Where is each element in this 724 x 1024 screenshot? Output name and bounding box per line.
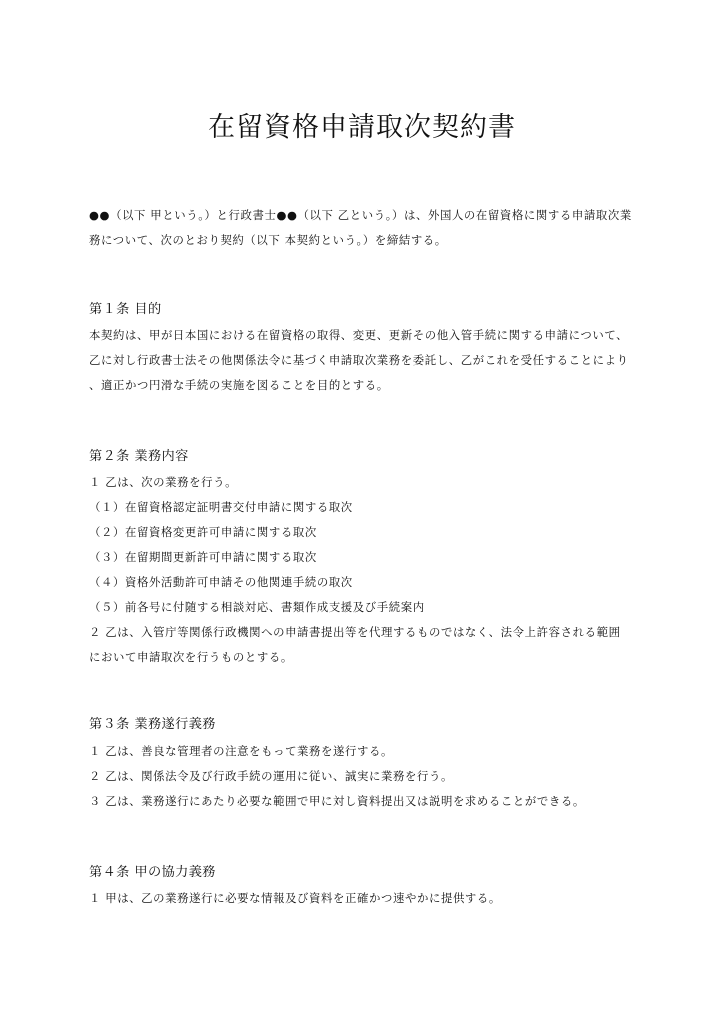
article-3-line: １ 乙は、善良な管理者の注意をもって業務を遂行する。 [89,743,393,759]
article-2-line: １ 乙は、次の業務を行う。 [89,474,237,490]
article-3-heading: 第３条 業務遂行義務 [89,716,216,734]
article-1-line: 、適正かつ円滑な手続の実施を図ることを目的とする。 [89,377,389,393]
article-2-line: において申請取次を行うものとする。 [89,649,293,665]
article-2-line: （５）前各号に付随する相談対応、書類作成支援及び手続案内 [89,599,425,615]
preamble-line: 務について、次のとおり契約（以下 本契約という。）を締結する。 [89,232,447,248]
preamble-line: ●●（以下 甲という。）と行政書士●●（以下 乙という。）は、外国人の在留資格に… [89,207,632,223]
article-2-line: （４）資格外活動許可申請その他関連手続の取次 [89,574,353,590]
article-4-heading: 第４条 甲の協力義務 [89,864,216,882]
article-2-line: ２ 乙は、入管庁等関係行政機関への申請書提出等を代理するものではなく、法令上許容… [89,624,621,640]
article-1-line: 本契約は、甲が日本国における在留資格の取得、変更、更新その他入管手続に関する申請… [89,327,628,343]
article-3-line: ２ 乙は、関係法令及び行政手続の運用に従い、誠実に業務を行う。 [89,768,453,784]
article-3-line: ３ 乙は、業務遂行にあたり必要な範囲で甲に対し資料提出又は説明を求めることができ… [89,793,585,809]
article-1-heading: 第１条 目的 [89,301,162,319]
document-page: 在留資格申請取次契約書 ●●（以下 甲という。）と行政書士●●（以下 乙という。… [0,0,724,1024]
document-title: 在留資格申請取次契約書 [0,110,724,146]
article-2-line: （１）在留資格認定証明書交付申請に関する取次 [89,499,353,515]
article-1-line: 乙に対し行政書士法その他関係法令に基づく申請取次業務を委託し、乙がこれを受任する… [89,352,629,368]
article-2-heading: 第２条 業務内容 [89,448,189,466]
article-2-line: （３）在留期間更新許可申請に関する取次 [89,549,317,565]
article-2-line: （２）在留資格変更許可申請に関する取次 [89,524,317,540]
article-4-line: １ 甲は、乙の業務遂行に必要な情報及び資料を正確かつ速やかに提供する。 [89,890,501,906]
